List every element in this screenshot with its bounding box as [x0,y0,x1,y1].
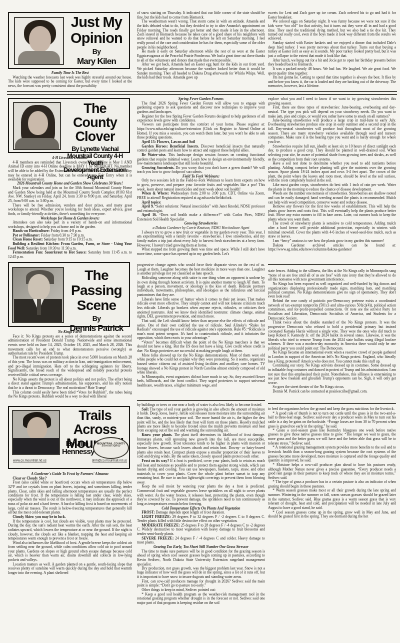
paragraph: After lunch, we hung out for a bit and J… [268,58,396,67]
paragraph: * The type of grass a producer has in a … [268,480,396,489]
newspaper-page: { "page": {"background":"#f5f4ef","ink":… [0,0,400,643]
column-title-line1: The Passing [65,268,128,298]
paragraph: The weatherman wasn't wrong. That storm … [137,20,265,50]
columnist-photo-jim-hennessy [12,410,60,455]
header-title-area: The Passing Scene By Dennis Patrick [65,268,128,333]
article-text: explore what you and I need to know if w… [268,97,396,252]
column-header-just-my-opinion: Just My Opinion By Mary Kilen [8,12,130,69]
section-divider-rule [7,94,397,95]
byline-area: By Jim Hennessy [62,440,92,456]
paragraph: Fermentation Fun: Sauerkraut to Hot Sauc… [8,251,132,259]
column-title-line2: Opinion [65,32,128,48]
paragraph: 4-H members are reminded that Livestock … [8,160,132,182]
paragraph: * Warm season grasses make most or all t… [268,489,396,511]
paragraph: Building a Resilient Kitchen: From Garde… [8,242,132,251]
article-text: Family Time Is The BestWatching the weat… [8,71,132,88]
article-passing-scene-left: No Kings FarceFace it: No Kings protests… [8,330,132,403]
photo-shirt [12,438,60,455]
photo-face [28,274,50,300]
photo-face [29,26,51,52]
column-divider-rule [268,264,396,265]
column-title-line2: Clover [62,130,128,144]
paragraph: * A rotational grazing management system… [268,446,396,463]
paragraph: Dry production, not grass growth, was th… [137,566,265,579]
paragraph: Viewers can participate from the comfort… [137,123,265,140]
paragraph: LIGHT FREEZE: 29 degrees F to 32 degrees… [137,515,265,524]
paragraph: Register for the free Spring Fever Garde… [137,114,265,123]
article-text: Spring Fever Garden ForumsThe final 2026… [137,97,265,256]
paragraph: Think twice about the double standard of… [268,321,396,351]
paragraph: sweets for Lent and Zach gave up ice cre… [268,11,396,20]
paragraph: I'm not gonna lie. Getting to spend that… [268,76,396,89]
photo-tie [37,299,41,315]
byline-by-line2: Hennessy [62,448,92,456]
paragraph: This column could easily have been title… [8,390,132,399]
paragraph: progressive change agents who would forc… [137,263,265,276]
paragraph: state fences. Adding to the silliness, t… [268,269,396,282]
article-growing-strawberries-right: explore what you and I need to know if w… [268,97,396,259]
column-header-county-clover: The County Clover By Lynette Vachal Moun… [8,98,130,153]
paragraph: Keep the soil moist by watering your pla… [137,485,265,507]
mountrail-county-badge: MOUNTRAIL COUNTY Extension Agency [93,437,129,459]
column-title-line1: The County [62,102,128,130]
column-title-line2: Scene [65,298,128,313]
article-text: A Gardener's Guide To Frost by Farmers' … [8,472,132,575]
article-just-my-opinion-left: Family Time Is The BestWatching the weat… [8,71,132,90]
columnist-photo-mary-kilen [14,17,64,65]
article-text: by buildings or trees or one near a body… [137,403,265,605]
contact-links-row: www.co.mountrail.nd.us jimh@co.mountrail… [13,459,127,467]
paragraph: He made it early on Saturday afternoon w… [137,50,265,63]
article-text: progressive change agents who would forc… [137,263,265,388]
paragraph: * Cool season grasses come up in the spr… [268,510,396,519]
paragraph: * Keep a good soil health program as the… [137,592,265,605]
paragraph: If the temperature is cool, but clouds a… [8,519,132,541]
paragraph: Know your plants. The plant itself deter… [137,433,265,459]
paragraph: “Voters” becomes difficult when the poin… [137,340,265,353]
website-link: www.co.mountrail.nd.us [13,459,46,463]
article-county-clover-left: 4-H Livestock Deadline4-H members are re… [8,156,132,259]
paragraph: In Minneapolis, event organizers did not… [137,375,265,388]
photo-shoulders [15,138,59,150]
article-passing-scene-middle: progressive change agents who would forc… [137,263,265,398]
paragraph: Sunday started with Easter baskets and w… [268,41,396,58]
columnist-photo-lynette-vachal [13,102,61,150]
article-passing-scene-right: state fences. Adding to the silliness, t… [268,269,396,401]
article-just-my-opinion-middle: of snow starting on Thursday. It indicat… [137,11,265,89]
paragraph: The time to make sure pastures will be i… [137,549,265,566]
paragraph: Weeds are the number one nemesis of stra… [268,192,396,205]
paragraph: No Kings became an international event w… [268,351,396,364]
paragraph: Dakota Gardener archived articles can be… [268,243,396,252]
paragraph: Liberals have little sense of humor when… [137,297,265,319]
column-title-line1: Just My [65,16,128,32]
column-divider-rule [137,400,265,401]
paragraph: * Graze a cool-season grass like Kentuck… [268,429,396,446]
paragraph: June-bearing strawberries will produce a… [268,119,396,145]
article-grazing-right: to feed the organisms below the ground a… [268,407,396,643]
article-frost-guide-left: A Gardener's Guide To Frost by Farmers' … [8,472,132,643]
paragraph: SEVERE FREEZE: 24 degrees F / -4 degrees… [137,536,265,545]
paragraph: When & Where: Wednesdays from 2:00 to 3:… [137,192,265,201]
paragraph: April 16. “Does soil health make a diffe… [137,213,265,222]
paragraph: Behind the rose candy of patriotic pro-D… [268,299,396,321]
photo-face [28,111,48,135]
paragraph: * Moisture helps a cow-calf producer pla… [268,463,396,480]
paragraph: We colored eggs on Saturday night. It wa… [268,20,396,42]
paragraph: That said, the Left should know better t… [137,319,265,341]
paragraph: More folks showed up for the No Kings de… [137,353,265,375]
article-text: sweets for Lent and Zach gave up ice cre… [268,11,396,88]
header-title-area: Just My Opinion By Mary Kilen [65,16,128,66]
byline-author: Mary Kilen [65,57,128,66]
paragraph: Mark your calendars and join us for the … [8,186,132,203]
paragraph: Frost on its way? If a frost is predicte… [137,459,265,485]
paragraph: No Kings asserts the protest is all abou… [8,377,132,390]
paragraph: Be Water-wise. This landscape design ses… [137,153,265,166]
paragraph: Frost (also called white or hoarfrost) o… [8,481,132,515]
article-text: 4-H Livestock Deadline4-H members are re… [8,156,132,259]
photo-face [27,417,47,440]
article-just-my-opinion-right: sweets for Lent and Zach gave up ice cre… [268,11,396,89]
paragraph: Continuing our story, No Kings activists… [268,364,396,386]
article-county-clover-middle: Spring Fever Garden ForumsThe final 2026… [137,97,265,260]
paragraph: Remove any flowers for the first few wee… [268,205,396,222]
columnist-photo-dennis-patrick [12,267,64,323]
paragraph: The final 2026 Spring Fever Garden Forum… [137,101,265,114]
paragraph: of snow starting on Thursday. It indicat… [137,11,265,20]
paragraph: Ridiculing someone along with satire is … [137,276,265,298]
paragraph: Wind also influences the likelihood of f… [8,541,132,563]
paragraph: Growing Succulents. Do you worry that yo… [137,166,265,175]
paragraph: First, there are three types of strawber… [268,106,396,119]
paragraph: There will be free admission, vendors an… [8,203,132,216]
paragraph: Face it: No Kings protests are a series … [8,334,132,356]
photo-shoulders [18,51,60,65]
paragraph: Have a soil test done to determine wheth… [268,162,396,184]
column-divider-rule [268,403,396,404]
paragraph: MODERATE FREEZE: 25 degrees F to 28 degr… [137,523,265,536]
paragraph: explore what you and I need to know if w… [268,97,396,106]
paragraph: It was a packed nearly 48 hours. We had … [268,67,396,76]
paragraph: Location matters as well. A garden plant… [8,562,132,575]
byline-author: By Lynette Vachal [62,146,128,153]
paragraph: Soil: The type of soil your garden is gr… [137,407,265,433]
article-text: No Kings FarceFace it: No Kings protests… [8,330,132,399]
column-title-line1: Trails Across [61,409,129,437]
article-text: to feed the organisms below the ground a… [268,407,396,519]
paragraph: Only two sessions left in the Field-to-F… [137,179,265,192]
article-frost-grazing-middle: by buildings or trees or one near a body… [137,403,265,643]
paragraph: Attendees can also take part in a variet… [8,221,132,230]
paragraph: Watching the weather forecasts last week… [8,75,132,88]
paragraph: What stopped me from growing them was ti… [137,248,265,257]
badge-text-line2: Extension Agency [94,445,128,448]
email-link: jimh@co.mountrail.nd.us [92,459,127,463]
paragraph: The crown of strawberry plants is sensit… [268,222,396,239]
paragraph: Strawberries require full sun, ideally a… [268,144,396,161]
paragraph: The most recent wave of protests took pl… [8,356,132,378]
paragraph: Garden Heroes: Beneficial Insects. Disco… [137,144,265,153]
column-header-trails-across-mountrail: Trails Across Mountrail By Jim Hennessy … [8,406,130,469]
paragraph: Dennis M. Patrick can be contacted at pr… [268,389,396,393]
paragraph: * A good rule of thumb is not to turn ou… [268,411,396,428]
paragraph: No Kings has been exposed as well organi… [268,282,396,299]
paragraph: First, can cow-calf producers manage for… [137,579,265,588]
paragraph: I always try to grow a new fruit or vege… [137,230,265,247]
paragraph: After we got back, Amanda had an Easter … [137,63,265,80]
paragraph: Like most garden crops, strawberries do … [268,183,396,192]
article-text: state fences. Adding to the silliness, t… [268,269,396,394]
paragraph: April 9. “Safer solutions: Natural insec… [137,205,265,214]
section-divider-rule [7,91,397,92]
article-text: of snow starting on Thursday. It indicat… [137,11,265,80]
column-header-passing-scene: The Passing Scene By Dennis Patrick [8,262,130,327]
